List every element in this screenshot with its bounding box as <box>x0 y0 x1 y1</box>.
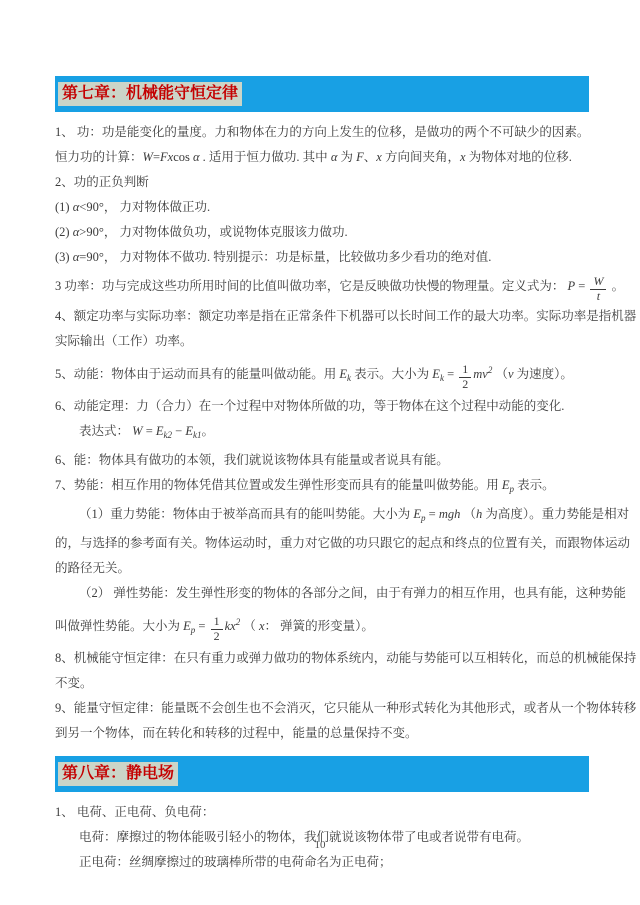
math-symbol: E <box>432 367 440 381</box>
math-subscript: k <box>440 373 444 383</box>
text-line: 的路径无关。 <box>55 556 589 581</box>
math-symbol: x <box>460 150 466 164</box>
text-line: 9、能量守恒定律：能量既不会创生也不会消灭，它只能从一种形式转化为其他形式，或者… <box>55 696 589 721</box>
math-symbol: P <box>568 279 576 293</box>
section-header: 第八章：静电场 <box>55 756 589 792</box>
math-symbol: v <box>508 367 514 381</box>
math-subscript: p <box>191 625 196 635</box>
text-line: 3 功率：功与完成这些功所用时间的比值叫做功率，它是反映做功快慢的物理量。定义式… <box>55 270 589 304</box>
math-subscript: k <box>347 373 351 383</box>
text-line: 实际输出（工作）功率。 <box>55 329 589 354</box>
math-symbol: kx <box>225 619 236 633</box>
text-line: 6、能：物体具有做功的本领，我们就说该物体具有能量或者说具有能。 <box>55 448 589 473</box>
text-line: 4、额定功率与实际功率：额定功率是指在正常条件下机器可以长时间工作的最大功率。实… <box>55 304 589 329</box>
text-line: 不变。 <box>55 671 589 696</box>
fraction-denominator: 2 <box>211 630 223 644</box>
math-symbol: E <box>413 507 421 521</box>
document-page: 第七章：机械能守恒定律1、 功：功是能变化的量度。力和物体在力的方向上发生的位移… <box>0 0 640 905</box>
math-symbol: α <box>73 200 80 214</box>
math-superscript: 2 <box>236 617 241 627</box>
math-superscript: 2 <box>488 365 493 375</box>
math-fraction: 12 <box>459 363 471 392</box>
math-fraction: 12 <box>211 615 223 644</box>
math-symbol: E <box>185 424 193 438</box>
text-line: (1) α<90°， 力对物体做正功. <box>55 195 589 220</box>
math-symbol: α <box>73 225 80 239</box>
fraction-denominator: t <box>590 290 606 304</box>
math-fraction: Wt <box>590 275 606 304</box>
text-line: 正电荷：丝绸摩擦过的玻璃棒所带的电荷命名为正电荷； <box>55 850 589 875</box>
text-line: 恒力功的计算：W=Fxcos α . 适用于恒力做功. 其中 α 为 F、x 方… <box>55 145 589 170</box>
math-symbol: E <box>156 424 164 438</box>
fraction-numerator: 1 <box>459 363 471 378</box>
math-symbol: W <box>132 424 142 438</box>
text-line: 叫做弹性势能。大小为 Ep = 12kx2 （ x： 弹簧的形变量）。 <box>55 606 589 646</box>
math-symbol: x <box>259 619 265 633</box>
math-symbol: F <box>356 150 364 164</box>
page-number: 10 <box>0 839 640 851</box>
text-line: 1、 功：功是能变化的量度。力和物体在力的方向上发生的位移，是做功的两个不可缺少… <box>55 120 589 145</box>
math-symbol: x <box>376 150 382 164</box>
section-header: 第七章：机械能守恒定律 <box>55 76 589 112</box>
math-symbol: h <box>476 507 482 521</box>
math-symbol: W <box>143 150 153 164</box>
section-title: 第八章：静电场 <box>58 762 178 786</box>
math-symbol: α <box>193 150 200 164</box>
math-symbol: α <box>331 150 338 164</box>
text-line: 到另一个物体，而在转化和转移的过程中，能量的总量保持不变。 <box>55 721 589 746</box>
math-subscript: p <box>421 513 426 523</box>
text-line: 2、功的正负判断 <box>55 170 589 195</box>
text-line: 的，与选择的参考面有关。物体运动时，重力对它做的功只跟它的起点和终点的位置有关，… <box>55 531 589 556</box>
content: 第七章：机械能守恒定律1、 功：功是能变化的量度。力和物体在力的方向上发生的位移… <box>55 76 589 875</box>
text-line: 7、势能：相互作用的物体凭借其位置或发生弹性形变而具有的能量叫做势能。用 Ep … <box>55 473 589 502</box>
fraction-numerator: 1 <box>211 615 223 630</box>
text-line: 1、 电荷、正电荷、负电荷： <box>55 800 589 825</box>
text-line: 5、动能：物体由于运动而具有的能量叫做动能。用 Ek 表示。大小为 Ek = 1… <box>55 354 589 394</box>
text-line: (3) α=90°， 力对物体不做功. 特别提示：功是标量，比较做功多少看功的绝… <box>55 245 589 270</box>
math-subscript: k1 <box>193 430 202 440</box>
fraction-numerator: W <box>590 275 606 290</box>
math-symbol: E <box>183 619 191 633</box>
text-line: 表达式： W = Ek2 − Ek1。 <box>55 419 589 448</box>
math-symbol: mgh <box>439 507 461 521</box>
section-title: 第七章：机械能守恒定律 <box>58 82 242 106</box>
fraction-denominator: 2 <box>459 378 471 392</box>
text-line: （2） 弹性势能：发生弹性形变的物体的各部分之间，由于有弹力的相互作用，也具有能… <box>55 581 589 606</box>
math-symbol: mv <box>473 367 488 381</box>
math-symbol: E <box>502 478 510 492</box>
text-line: (2) α>90°， 力对物体做负功，或说物体克服该力做功. <box>55 220 589 245</box>
text-line: 6、动能定理：力（合力）在一个过程中对物体所做的功，等于物体在这个过程中动能的变… <box>55 394 589 419</box>
math-symbol: α <box>73 250 80 264</box>
text-line: （1）重力势能：物体由于被举高而具有的能叫势能。大小为 Ep = mgh （h … <box>55 502 589 531</box>
text-line: 8、机械能守恒定律：在只有重力或弹力做功的物体系统内，动能与势能可以互相转化，而… <box>55 646 589 671</box>
math-symbol: Fx <box>160 150 173 164</box>
math-subscript: p <box>510 484 515 494</box>
math-subscript: k2 <box>164 430 173 440</box>
math-symbol: E <box>339 367 347 381</box>
